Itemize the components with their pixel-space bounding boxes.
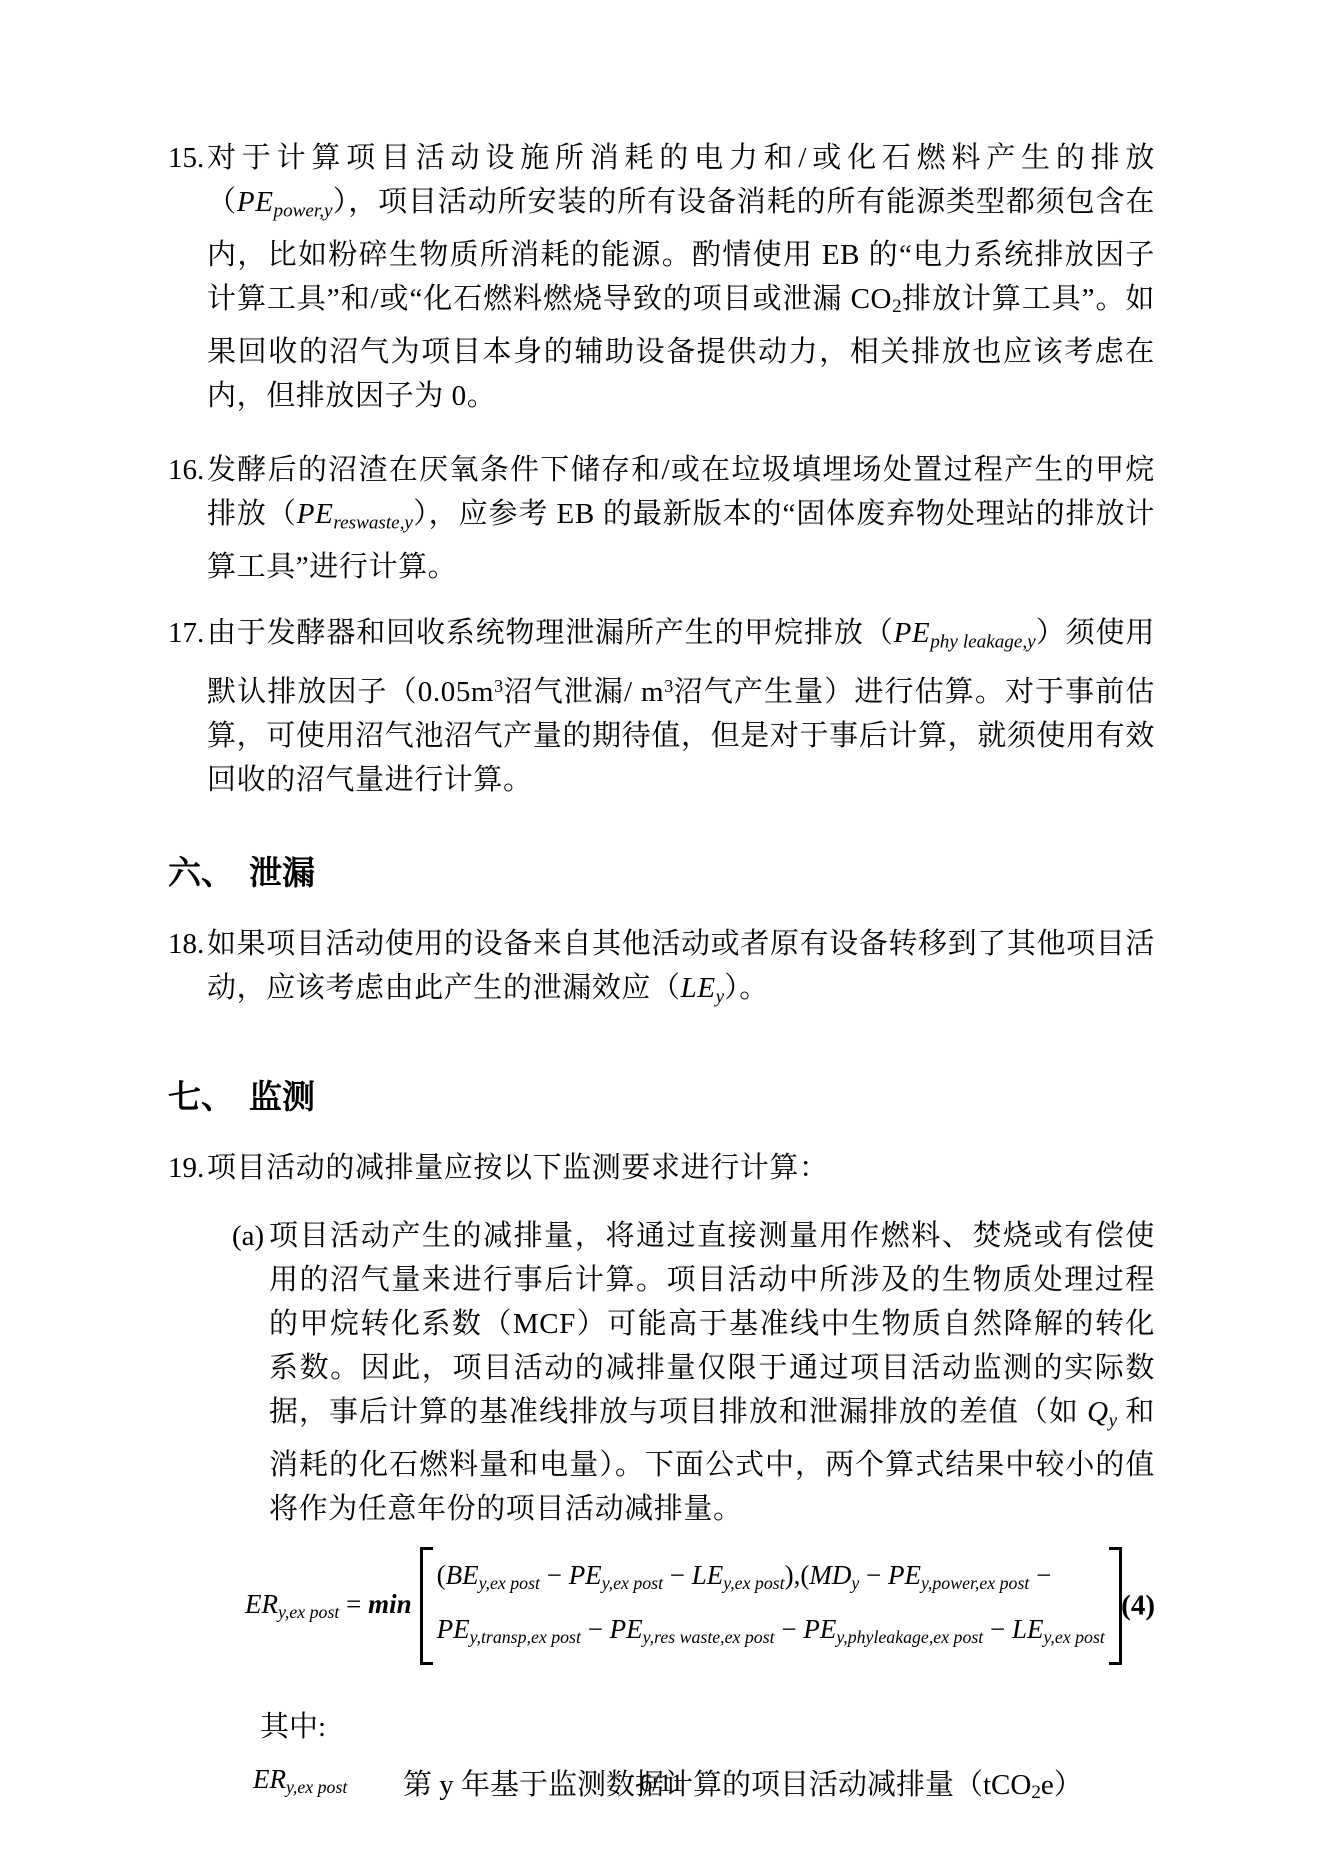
- section-7-number: 七、: [168, 1080, 234, 1116]
- equation-4: ERy,ex post = min (BEy,ex post − PEy,ex …: [245, 1547, 1155, 1665]
- section-heading-leakage: 六、泄漏: [168, 852, 1155, 896]
- section-6-number: 六、: [168, 856, 234, 892]
- equation-row-2: PEy,transp,ex post − PEy,res waste,ex po…: [437, 1607, 1105, 1659]
- item-19-number: 19.: [168, 1146, 204, 1190]
- list-item-18: 18. 如果项目活动使用的设备来自其他活动或者原有设备转移到了其他项目活动，应该…: [207, 922, 1155, 1019]
- list-item-15: 15. 对于计算项目活动设施所消耗的电力和/或化石燃料产生的排放（PEpower…: [207, 136, 1155, 418]
- section-6-title: 泄漏: [249, 856, 315, 892]
- where-label: 其中:: [260, 1705, 1155, 1749]
- sub-item-a: (a) 项目活动产生的减排量，将通过直接测量用作燃料、焚烧或有偿使用的沼气量来进…: [269, 1214, 1155, 1531]
- sub-item-a-text: 项目活动产生的减排量，将通过直接测量用作燃料、焚烧或有偿使用的沼气量来进行事后计…: [269, 1220, 1155, 1525]
- sub-item-a-marker: (a): [232, 1214, 264, 1258]
- equation-stack: (BEy,ex post − PEy,ex post − LEy,ex post…: [433, 1547, 1109, 1665]
- item-15-text: 对于计算项目活动设施所消耗的电力和/或化石燃料产生的排放（PEpower,y），…: [207, 142, 1155, 412]
- page-number: 6/11: [0, 1770, 1323, 1798]
- item-17-text: 由于发酵器和回收系统物理泄漏所产生的甲烷排放（PEphy leakage,y）须…: [207, 617, 1155, 796]
- equation-row-1: (BEy,ex post − PEy,ex post − LEy,ex post…: [437, 1553, 1105, 1605]
- item-16-text: 发酵后的沼渣在厌氧条件下储存和/或在垃圾填埋场处置过程产生的甲烷排放（PEres…: [207, 454, 1155, 583]
- item-18-text: 如果项目活动使用的设备来自其他活动或者原有设备转移到了其他项目活动，应该考虑由此…: [207, 928, 1155, 1004]
- document-page: 15. 对于计算项目活动设施所消耗的电力和/或化石燃料产生的排放（PEpower…: [0, 0, 1323, 1871]
- list-item-16: 16. 发酵后的沼渣在厌氧条件下储存和/或在垃圾填埋场处置过程产生的甲烷排放（P…: [207, 448, 1155, 589]
- section-heading-monitoring: 七、监测: [168, 1076, 1155, 1120]
- item-19-text: 项目活动的减排量应按以下监测要求进行计算：: [207, 1152, 829, 1184]
- equation-lhs: ERy,ex post = min: [245, 1589, 412, 1623]
- right-bracket: [1109, 1547, 1122, 1665]
- section-7-title: 监测: [249, 1080, 315, 1116]
- item-18-number: 18.: [168, 922, 204, 966]
- item-16-number: 16.: [168, 448, 204, 492]
- left-bracket: [420, 1547, 433, 1665]
- list-item-17: 17. 由于发酵器和回收系统物理泄漏所产生的甲烷排放（PEphy leakage…: [207, 611, 1155, 802]
- page-content: 15. 对于计算项目活动设施所消耗的电力和/或化石燃料产生的排放（PEpower…: [207, 136, 1155, 1823]
- item-17-number: 17.: [168, 611, 204, 655]
- equation-number: (4): [1121, 1589, 1155, 1622]
- list-item-19: 19. 项目活动的减排量应按以下监测要求进行计算：: [207, 1146, 1155, 1190]
- item-15-number: 15.: [168, 136, 204, 180]
